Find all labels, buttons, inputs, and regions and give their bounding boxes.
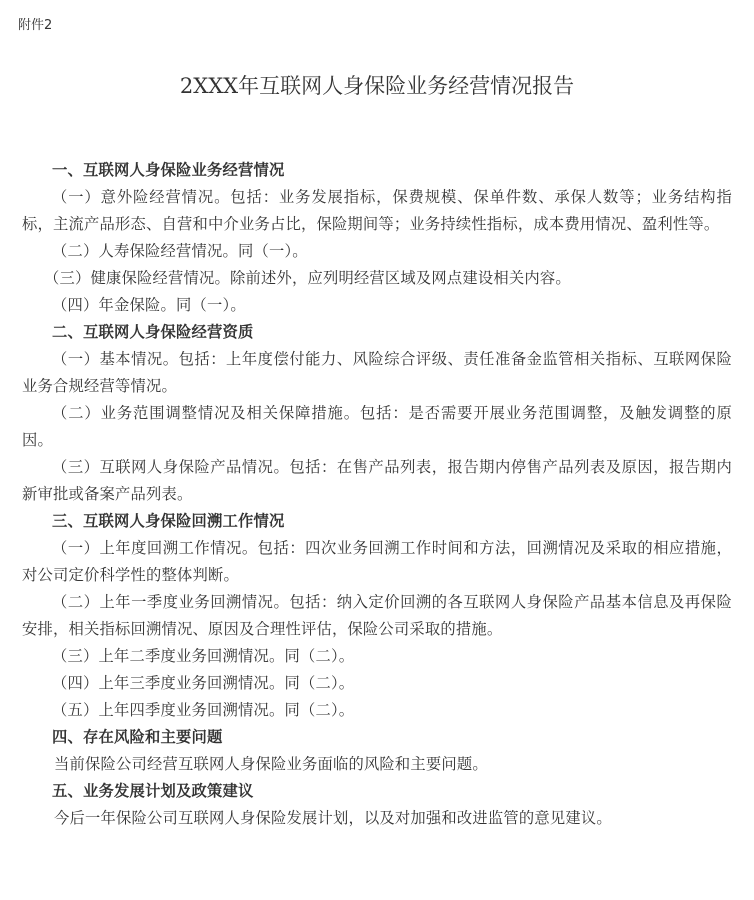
section-item: （二）上年一季度业务回溯情况。包括：纳入定价回溯的各互联网人身保险产品基本信息及…: [22, 589, 732, 643]
section-item: （三）互联网人身保险产品情况。包括：在售产品列表，报告期内停售产品列表及原因，报…: [22, 454, 732, 508]
section-item: （四）年金保险。同（一）。: [22, 292, 732, 319]
section-heading: 三、互联网人身保险回溯工作情况: [22, 508, 732, 535]
section-item: （一）基本情况。包括：上年度偿付能力、风险综合评级、责任准备金监管相关指标、互联…: [22, 346, 732, 400]
section-item: （五）上年四季度业务回溯情况。同（二）。: [22, 697, 732, 724]
section-item: 当前保险公司经营互联网人身保险业务面临的风险和主要问题。: [22, 751, 732, 778]
section-1: 一、互联网人身保险业务经营情况 （一）意外险经营情况。包括：业务发展指标，保费规…: [22, 157, 732, 319]
section-item: （三）上年二季度业务回溯情况。同（二）。: [22, 643, 732, 670]
section-item: （二）业务范围调整情况及相关保障措施。包括：是否需要开展业务范围调整，及触发调整…: [22, 400, 732, 454]
section-item: （三）健康保险经营情况。除前述外，应列明经营区域及网点建设相关内容。: [22, 265, 732, 292]
section-item: 今后一年保险公司互联网人身保险发展计划，以及对加强和改进监管的意见建议。: [22, 805, 732, 832]
section-2: 二、互联网人身保险经营资质 （一）基本情况。包括：上年度偿付能力、风险综合评级、…: [22, 319, 732, 508]
section-5: 五、业务发展计划及政策建议 今后一年保险公司互联网人身保险发展计划，以及对加强和…: [22, 778, 732, 832]
section-4: 四、存在风险和主要问题 当前保险公司经营互联网人身保险业务面临的风险和主要问题。: [22, 724, 732, 778]
document-title: 2XXX年互联网人身保险业务经营情况报告: [0, 70, 754, 100]
section-item: （二）人寿保险经营情况。同（一）。: [22, 238, 732, 265]
section-heading: 五、业务发展计划及政策建议: [22, 778, 732, 805]
section-heading: 一、互联网人身保险业务经营情况: [22, 157, 732, 184]
section-item: （一）上年度回溯工作情况。包括：四次业务回溯工作时间和方法，回溯情况及采取的相应…: [22, 535, 732, 589]
section-heading: 四、存在风险和主要问题: [22, 724, 732, 751]
section-item: （四）上年三季度业务回溯情况。同（二）。: [22, 670, 732, 697]
attachment-label: 附件2: [18, 14, 52, 33]
section-item: （一）意外险经营情况。包括：业务发展指标，保费规模、保单件数、承保人数等；业务结…: [22, 184, 732, 238]
document-body: 一、互联网人身保险业务经营情况 （一）意外险经营情况。包括：业务发展指标，保费规…: [22, 157, 732, 832]
section-3: 三、互联网人身保险回溯工作情况 （一）上年度回溯工作情况。包括：四次业务回溯工作…: [22, 508, 732, 724]
section-heading: 二、互联网人身保险经营资质: [22, 319, 732, 346]
